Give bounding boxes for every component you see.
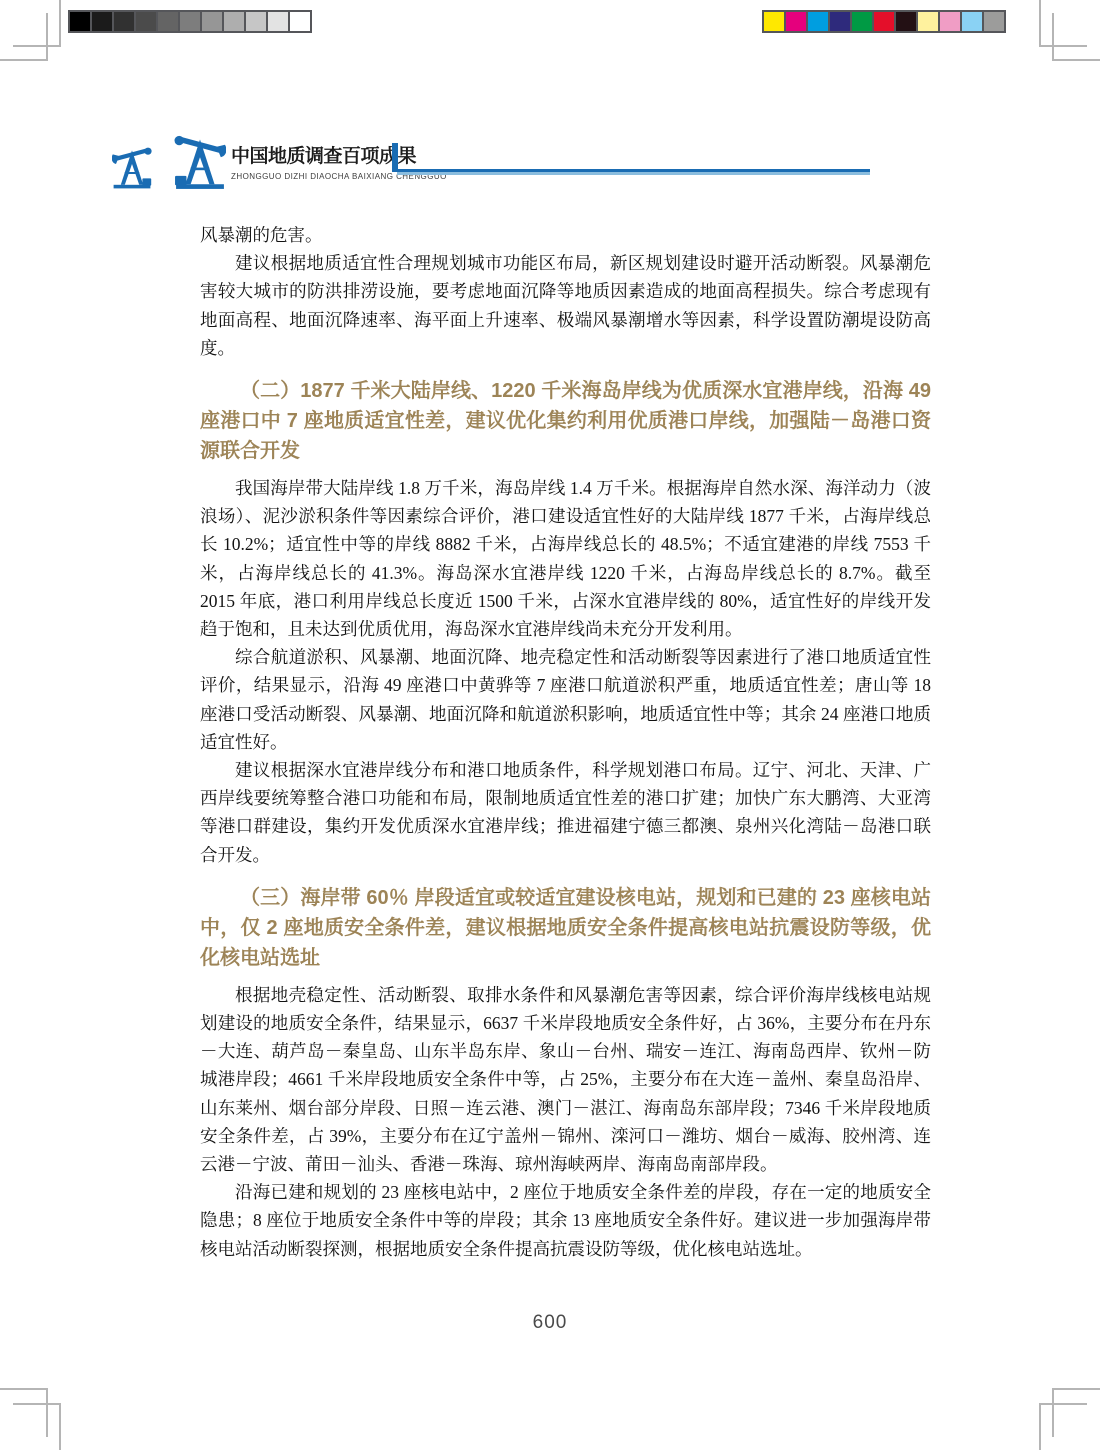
brand-block: 中国地质调查百项成果 ZHONGGUO DIZHI DIAOCHA BAIXIA… — [231, 141, 651, 181]
grayscale-swatch — [134, 12, 156, 31]
grayscale-swatch — [178, 12, 200, 31]
brand-title: 中国地质调查百项成果 — [231, 141, 651, 168]
oil-pumpjack-logo-icon — [112, 124, 226, 195]
section-heading-nuclear: （三）海岸带 60％ 岸段适宜或较适宜建设核电站，规划和已建的 23 座核电站中… — [200, 883, 931, 973]
grayscale-swatch — [156, 12, 178, 31]
color-swatch — [850, 12, 872, 31]
body-paragraph: 根据地壳稳定性、活动断裂、取排水条件和风暴潮危害等因素，综合评价海岸线核电站规划… — [200, 981, 931, 1178]
header-accent-bar — [392, 143, 398, 172]
grayscale-swatch — [222, 12, 244, 31]
color-swatch — [982, 12, 1004, 31]
grayscale-swatch — [244, 12, 266, 31]
body-paragraph: 综合航道淤积、风暴潮、地面沉降、地壳稳定性和活动断裂等因素进行了港口地质适宜性评… — [200, 643, 931, 756]
body-paragraph: 建议根据深水宜港岸线分布和港口地质条件，科学规划港口布局。辽宁、河北、天津、广西… — [200, 756, 931, 869]
page-number: 600 — [0, 1312, 1100, 1334]
color-swatch — [894, 12, 916, 31]
grayscale-swatch — [112, 12, 134, 31]
color-swatch — [960, 12, 982, 31]
body-paragraph: 我国海岸带大陆岸线 1.8 万千米，海岛岸线 1.4 万千米。根据海岸自然水深、… — [200, 474, 931, 643]
color-swatch — [938, 12, 960, 31]
grayscale-swatch — [90, 12, 112, 31]
color-swatch — [806, 12, 828, 31]
body-paragraph: 建议根据地质适宜性合理规划城市功能区布局，新区规划建设时避开活动断裂。风暴潮危害… — [200, 249, 931, 362]
body-paragraph: 风暴潮的危害。 — [200, 221, 931, 249]
document-body: 风暴潮的危害。 建议根据地质适宜性合理规划城市功能区布局，新区规划建设时避开活动… — [200, 221, 931, 1263]
header-rule-light — [397, 172, 870, 175]
body-paragraph: 沿海已建和规划的 23 座核电站中，2 座位于地质安全条件差的岸段，存在一定的地… — [200, 1178, 931, 1263]
grayscale-swatch — [266, 12, 288, 31]
color-calibration-bar — [762, 10, 1006, 33]
grayscale-swatch — [200, 12, 222, 31]
color-swatch — [784, 12, 806, 31]
color-swatch — [828, 12, 850, 31]
color-swatch — [872, 12, 894, 31]
color-swatch — [916, 12, 938, 31]
section-heading-coastline: （二）1877 千米大陆岸线、1220 千米海岛岸线为优质深水宜港岸线，沿海 4… — [200, 376, 931, 466]
grayscale-swatch — [70, 12, 90, 31]
grayscale-calibration-bar — [68, 10, 312, 33]
color-swatch — [764, 12, 784, 31]
grayscale-swatch — [288, 12, 310, 31]
